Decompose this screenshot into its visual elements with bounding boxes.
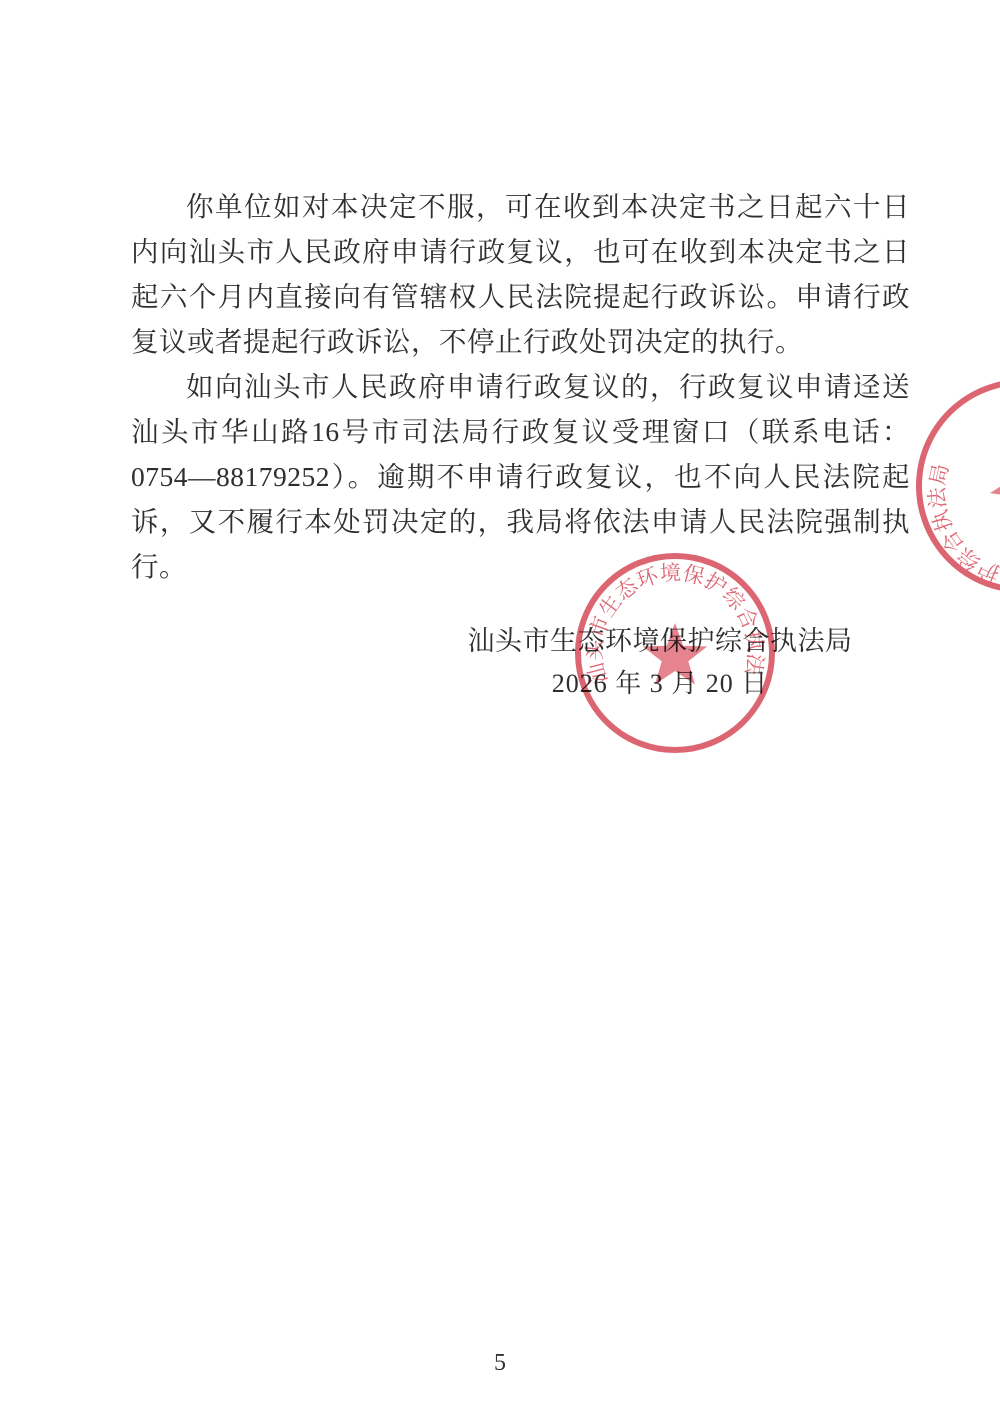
decision-date: 2026 年 3 月 20 日 bbox=[360, 668, 960, 700]
seal-ring-text: 汕头市生态环境保护综合执法局 bbox=[915, 440, 1000, 595]
issuing-agency-name: 汕头市生态环境保护综合执法局 bbox=[360, 624, 960, 658]
seal-ring bbox=[915, 379, 1000, 595]
body-text: 你单位如对本决定不服，可在收到本决定书之日起六十日内向汕头市人民政府申请行政复议… bbox=[131, 184, 910, 589]
seal-star-icon bbox=[987, 455, 1000, 523]
partial-seal-stamp: 汕头市生态环境保护综合执法局 bbox=[915, 379, 1000, 595]
svg-text:汕头市生态环境保护综合执法局: 汕头市生态环境保护综合执法局 bbox=[915, 440, 1000, 595]
paragraph-appeal-rights: 你单位如对本决定不服，可在收到本决定书之日起六十日内向汕头市人民政府申请行政复议… bbox=[131, 184, 910, 364]
page-number: 5 bbox=[0, 1350, 1000, 1377]
document-page: 你单位如对本决定不服，可在收到本决定书之日起六十日内向汕头市人民政府申请行政复议… bbox=[0, 0, 1000, 1414]
paragraph-review-submission: 如向汕头市人民政府申请行政复议的，行政复议申请迳送汕头市华山路16号市司法局行政… bbox=[131, 364, 910, 589]
signature-block: 汕头市生态环境保护综合执法局 2026 年 3 月 20 日 bbox=[360, 624, 960, 700]
